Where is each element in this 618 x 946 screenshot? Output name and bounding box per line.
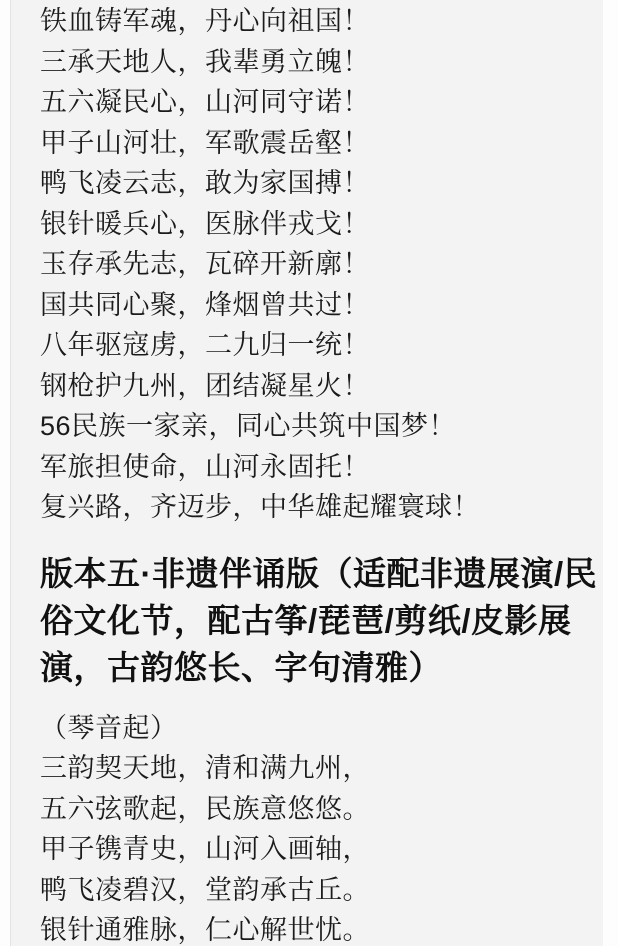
poem-line: 国共同心聚，烽烟曾共过！ (40, 285, 589, 326)
poem-line: 银针暖兵心，医脉伴戎戈！ (40, 204, 589, 245)
poem-line: 五六凝民心，山河同守诺！ (40, 82, 589, 123)
document-content: 铁血铸军魂，丹心向祖国！ 三承天地人，我辈勇立魄！ 五六凝民心，山河同守诺！ 甲… (11, 0, 603, 946)
poem-line: 玉存承先志，瓦碎开新廓！ (40, 244, 589, 285)
poem-line: 甲子镌青史，山河入画轴， (40, 829, 589, 870)
stage-direction: （琴音起） (40, 708, 589, 749)
poem-line: 军旅担使命，山河永固托！ (40, 447, 589, 488)
document-viewport: 铁血铸军魂，丹心向祖国！ 三承天地人，我辈勇立魄！ 五六凝民心，山河同守诺！ 甲… (0, 0, 618, 946)
poem-line: 五六弦歌起，民族意悠悠。 (40, 789, 589, 830)
document-panel: 铁血铸军魂，丹心向祖国！ 三承天地人，我辈勇立魄！ 五六凝民心，山河同守诺！ 甲… (10, 0, 603, 946)
poem-line: 复兴路，齐迈步，中华雄起耀寰球！ (40, 487, 589, 528)
poem-line: 三承天地人，我辈勇立魄！ (40, 42, 589, 83)
poem-line: 八年驱寇虏，二九归一统！ (40, 325, 589, 366)
stanza-2: （琴音起） 三韵契天地，清和满九州， 五六弦歌起，民族意悠悠。 甲子镌青史，山河… (40, 708, 589, 946)
section-heading-line: 俗文化节，配古筝/琵琶/剪纸/皮影展 (40, 597, 589, 644)
section-heading-line: 演，古韵悠长、字句清雅） (40, 644, 589, 691)
poem-line: 铁血铸军魂，丹心向祖国！ (40, 1, 589, 42)
section-heading-line: 版本五·非遗伴诵版（适配非遗展演/民 (40, 550, 589, 597)
poem-line: 56民族一家亲，同心共筑中国梦！ (40, 406, 589, 447)
poem-line: 三韵契天地，清和满九州， (40, 748, 589, 789)
section-heading: 版本五·非遗伴诵版（适配非遗展演/民 俗文化节，配古筝/琵琶/剪纸/皮影展 演，… (40, 550, 589, 691)
stanza-1: 铁血铸军魂，丹心向祖国！ 三承天地人，我辈勇立魄！ 五六凝民心，山河同守诺！ 甲… (40, 1, 589, 528)
poem-line: 银针通雅脉，仁心解世忧。 (40, 910, 589, 946)
poem-line: 钢枪护九州，团结凝星火！ (40, 366, 589, 407)
poem-line: 鸭飞凌碧汉，堂韵承古丘。 (40, 870, 589, 911)
poem-line: 鸭飞凌云志，敢为家国搏！ (40, 163, 589, 204)
poem-line: 甲子山河壮，军歌震岳壑！ (40, 123, 589, 164)
